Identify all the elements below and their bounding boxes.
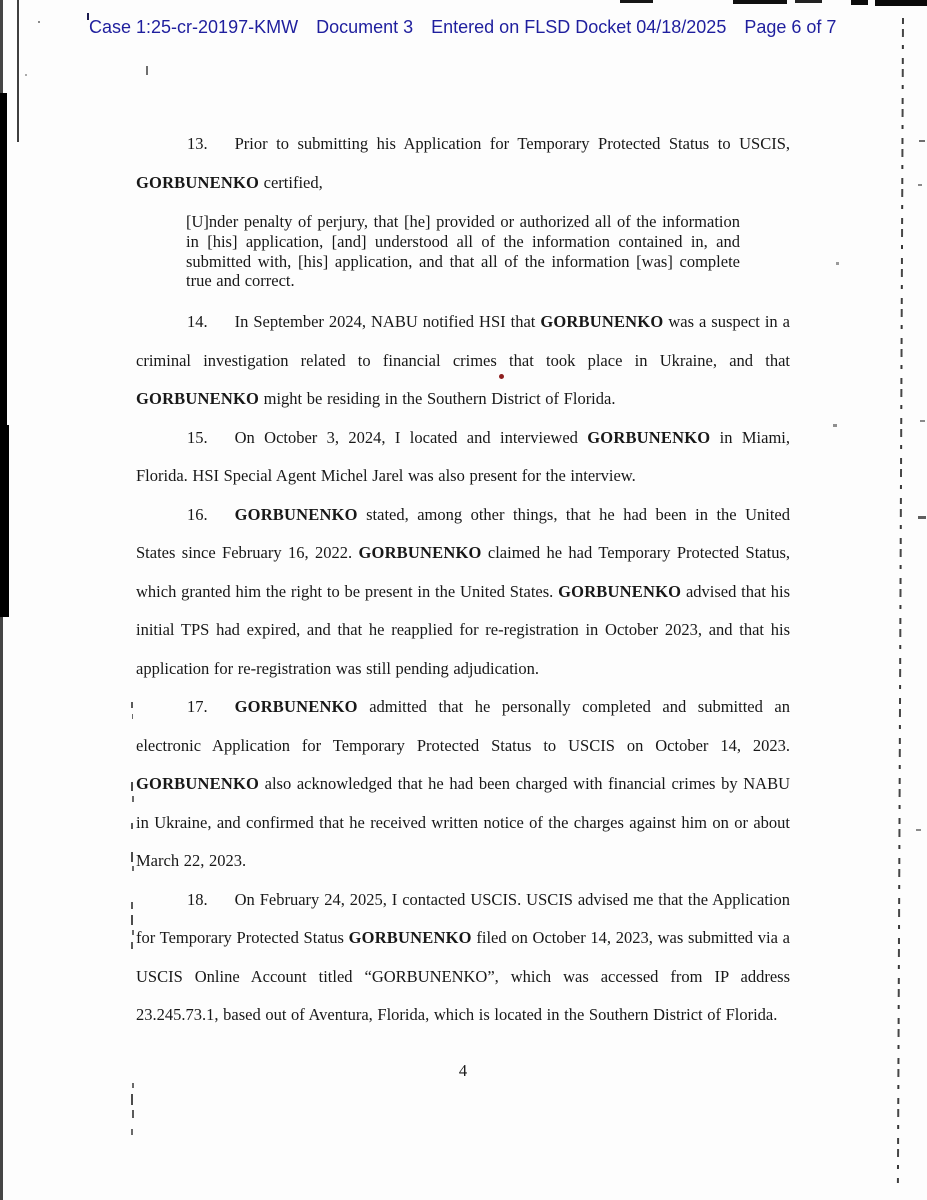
paragraph-text: In September 2024, NABU notified HSI tha…	[235, 312, 541, 331]
scan-artifact-margin-dot	[132, 1110, 134, 1118]
docket-entry-date: Entered on FLSD Docket 04/18/2025	[431, 17, 726, 38]
scan-artifact-top-dash	[875, 0, 927, 6]
paragraph-16: 16.GORBUNENKO stated, among other things…	[136, 496, 790, 689]
scan-artifact-margin-dot	[131, 902, 133, 909]
paragraph-text: might be residing in the Southern Distri…	[259, 389, 615, 408]
paragraph-text-container: On February 24, 2025, I contacted USCIS.…	[136, 890, 790, 1025]
scan-artifact-left-line-2	[17, 0, 19, 142]
paragraph-18: 18.On February 24, 2025, I contacted USC…	[136, 881, 790, 1035]
paragraph-number: 14.	[187, 312, 208, 331]
paragraph-17: 17.GORBUNENKO admitted that he personall…	[136, 688, 790, 881]
affidavit-body: 13.Prior to submitting his Application f…	[136, 125, 790, 1081]
scan-artifact-speck	[25, 74, 27, 76]
case-number: Case 1:25-cr-20197-KMW	[89, 17, 298, 38]
scan-artifact-right-dashed-line	[897, 18, 904, 1183]
scan-artifact-margin-dot	[131, 823, 133, 829]
scan-artifact-margin-dot	[131, 852, 133, 862]
scan-artifact-margin-dot	[132, 796, 134, 802]
scan-artifact-speck	[38, 21, 40, 23]
page-indicator: Page 6 of 7	[744, 17, 836, 38]
defendant-name: GORBUNENKO	[235, 505, 358, 524]
scan-artifact-speck	[918, 184, 922, 186]
scan-artifact-top-dash	[851, 0, 868, 5]
scan-artifact-speck	[919, 140, 925, 142]
scan-artifact-left-black-bar	[0, 93, 7, 425]
paragraph-text-container: GORBUNENKO stated, among other things, t…	[136, 505, 790, 678]
scan-artifact-speck	[918, 516, 926, 519]
paragraph-text-container: In September 2024, NABU notified HSI tha…	[136, 312, 790, 408]
scan-artifact-margin-dot	[131, 942, 133, 949]
defendant-name: GORBUNENKO	[349, 928, 472, 947]
scan-artifact-margin-dot	[131, 782, 133, 791]
scan-artifact-top-dash	[733, 0, 787, 4]
paragraph-number: 17.	[187, 697, 208, 716]
scan-artifact-top-dash	[620, 0, 653, 3]
scan-artifact-margin-dot	[132, 866, 134, 871]
page-number: 4	[136, 1061, 790, 1081]
scan-artifact-margin-dot	[132, 714, 133, 719]
paragraph-15: 15.On October 3, 2024, I located and int…	[136, 419, 790, 496]
paragraph-13: 13.Prior to submitting his Application f…	[136, 125, 790, 202]
defendant-name: GORBUNENKO	[540, 312, 663, 331]
defendant-name: GORBUNENKO	[235, 697, 358, 716]
defendant-name: GORBUNENKO	[587, 428, 710, 447]
scan-artifact-margin-dot	[131, 1129, 133, 1135]
scan-artifact-margin-dot	[131, 702, 133, 708]
scan-artifact-margin-dot	[131, 915, 133, 925]
certification-blockquote: [U]nder penalty of perjury, that [he] pr…	[186, 212, 740, 291]
defendant-name: GORBUNENKO	[136, 173, 259, 192]
paragraph-number: 16.	[187, 505, 208, 524]
paragraph-number: 15.	[187, 428, 208, 447]
defendant-name: GORBUNENKO	[136, 774, 259, 793]
paragraph-number: 13.	[187, 134, 208, 153]
scan-artifact-speck	[920, 420, 925, 422]
scan-artifact-speck	[836, 262, 839, 265]
paragraph-14: 14.In September 2024, NABU notified HSI …	[136, 303, 790, 419]
case-header: Case 1:25-cr-20197-KMW Document 3 Entere…	[89, 17, 836, 38]
scan-artifact-margin-dot	[132, 1083, 134, 1088]
paragraph-text: On October 3, 2024, I located and interv…	[235, 428, 588, 447]
scan-artifact-speck	[87, 13, 89, 20]
scan-artifact-margin-dot	[132, 930, 134, 935]
paragraph-text: Prior to submitting his Application for …	[235, 134, 790, 153]
scan-artifact-margin-dot	[131, 1094, 133, 1105]
red-dot-artifact	[499, 374, 504, 379]
paragraph-text: certified,	[259, 173, 323, 192]
document-number: Document 3	[316, 17, 413, 38]
defendant-name: GORBUNENKO	[136, 389, 259, 408]
scan-artifact-speck	[146, 66, 148, 75]
defendant-name: GORBUNENKO	[558, 582, 681, 601]
defendant-name: GORBUNENKO	[359, 543, 482, 562]
scan-artifact-speck	[833, 424, 837, 427]
scan-artifact-speck	[916, 829, 921, 831]
scan-artifact-left-black-bar	[0, 425, 9, 617]
paragraph-number: 18.	[187, 890, 208, 909]
scan-artifact-top-dash	[795, 0, 822, 3]
paragraph-text-container: Prior to submitting his Application for …	[136, 134, 790, 192]
paragraph-text-container: On October 3, 2024, I located and interv…	[136, 428, 790, 486]
document-page: Case 1:25-cr-20197-KMW Document 3 Entere…	[0, 0, 927, 1200]
paragraph-text-container: GORBUNENKO admitted that he personally c…	[136, 697, 790, 870]
